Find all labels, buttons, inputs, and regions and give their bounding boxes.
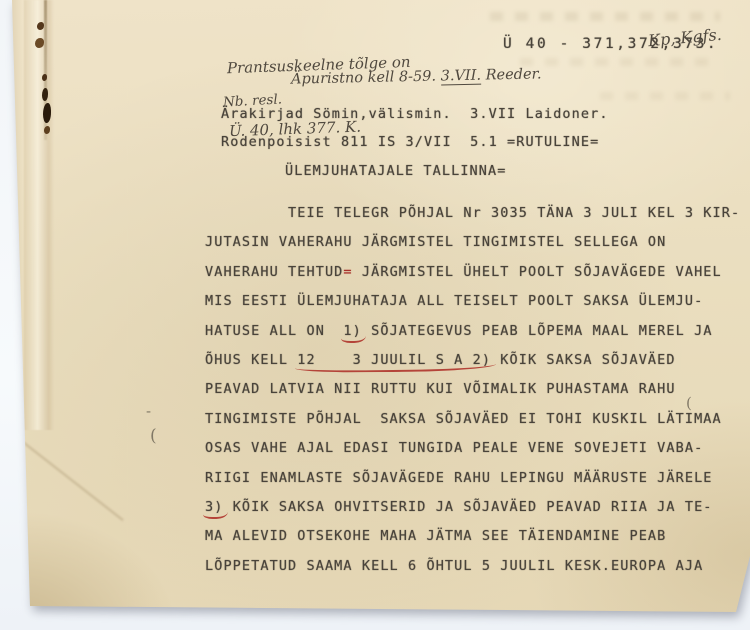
typed-line: RIIGI ENAMLASTE SÕJAVÄGEDE RAHU LEPINGU … — [205, 464, 740, 493]
bottom-left-crease — [0, 421, 124, 521]
typed-text: JUTASIN VAHERAHU JÄRGMISTEL TINGIMISTEL … — [205, 234, 666, 250]
pencil-margin-dash: - — [146, 402, 151, 420]
typed-text: JÄRGMISTEL ÜHELT POOLT SÕJAVÄGEDE VAHEL — [353, 264, 722, 280]
typed-line: PEAVAD LATVIA NII RUTTU KUI VÕIMALIK PUH… — [205, 375, 740, 404]
typed-line: ÕHUS KELL 12 3 JUULIL S A 2) KÕIK SAKSA … — [205, 346, 740, 375]
typed-text: PEAVAD LATVIA NII RUTTU KUI VÕIMALIK PUH… — [205, 381, 676, 397]
typed-text: RIIGI ENAMLASTE SÕJAVÄGEDE RAHU LEPINGU … — [205, 470, 713, 486]
typed-text: SÕJATEGEVUS PEAB LÕPEMA MAAL MEREL JA — [362, 323, 713, 339]
origin-line: Rodenpoisist 811 IS 3/VII 5.1 =RUTULINE= — [221, 134, 599, 150]
typed-line: JUTASIN VAHERAHU JÄRGMISTEL TINGIMISTEL … — [205, 228, 740, 257]
scanned-telegram: Prantsuskeelne tõlge on Ü. 40, lhk 377. … — [0, 0, 750, 630]
typed-line: 3) KÕIK SAKSA OHVITSERID JA SÕJAVÄED PEA… — [205, 493, 740, 522]
received-note-date: 3.VII. — [440, 68, 481, 86]
typed-text: HATUSE ALL ON — [205, 323, 343, 339]
ink-bleedthrough — [490, 12, 720, 21]
pencil-margin-paren: ( — [150, 426, 157, 446]
distribution-line: Ärakirjad Sömin,välismin. 3.VII Laidoner… — [221, 106, 609, 122]
red-underlined-text: 1) — [343, 323, 361, 339]
address-line: ÜLEMJUHATAJALE TALLINNA= — [285, 163, 506, 179]
typed-line: HATUSE ALL ON 1) SÕJATEGEVUS PEAB LÕPEMA… — [205, 317, 740, 346]
typed-text: MA ALEVID OTSEKOHE MAHA JÄTMA SEE TÄIEND… — [205, 528, 666, 544]
typed-text: KÕIK SAKSA SÕJAVÄED — [491, 352, 676, 368]
typed-line: VAHERAHU TEHTUD= JÄRGMISTEL ÜHELT POOLT … — [205, 258, 740, 287]
typed-line: TEIE TELEGR PÕHJAL Nr 3035 TÄNA 3 JULI K… — [205, 199, 740, 228]
red-typed-mark: = — [343, 264, 352, 280]
telegram-paper: Prantsuskeelne tõlge on Ü. 40, lhk 377. … — [0, 0, 750, 630]
telegram-body: TEIE TELEGR PÕHJAL Nr 3035 TÄNA 3 JULI K… — [205, 199, 740, 581]
typed-line: OSAS VAHE AJAL EDASI TUNGIDA PEALE VENE … — [205, 434, 740, 463]
typed-text: TEIE TELEGR PÕHJAL Nr 3035 TÄNA 3 JULI K… — [205, 205, 740, 221]
typed-text: KÕIK SAKSA OHVITSERID JA SÕJAVÄED PEAVAD… — [223, 499, 712, 515]
typed-text: MIS EESTI ÜLEMJUHATAJA ALL TEISELT POOLT… — [205, 293, 703, 309]
red-underlined-text: 3) — [205, 499, 223, 515]
typed-line: LÕPPETATUD SAAMA KELL 6 ÕHTUL 5 JUULIL K… — [205, 552, 740, 581]
typed-text: LÕPPETATUD SAAMA KELL 6 ÕHTUL 5 JUULIL K… — [205, 558, 703, 574]
typed-text: ÕHUS KELL — [205, 352, 297, 368]
ink-bleedthrough — [600, 92, 730, 100]
received-note-signature: Reeder. — [485, 66, 541, 83]
typed-text: OSAS VAHE AJAL EDASI TUNGIDA PEALE VENE … — [205, 440, 703, 456]
typed-line: MA ALEVID OTSEKOHE MAHA JÄTMA SEE TÄIEND… — [205, 522, 740, 551]
red-underlined-text: 12 3 JUULIL S A 2) — [297, 352, 491, 368]
typed-text: TINGIMISTE PÕHJAL SAKSA SÕJAVÄED EI TOHI… — [205, 411, 722, 427]
fold-crease — [24, 0, 54, 430]
ink-bleedthrough — [520, 58, 720, 66]
typed-line: MIS EESTI ÜLEMJUHATAJA ALL TEISELT POOLT… — [205, 287, 740, 316]
typed-line: TINGIMISTE PÕHJAL SAKSA SÕJAVÄED EI TOHI… — [205, 405, 740, 434]
pencil-inserted-paren: ( — [686, 394, 692, 412]
typed-text: VAHERAHU TEHTUD — [205, 264, 343, 280]
received-note-text: Äpuristno kell 8-59. — [291, 69, 436, 88]
